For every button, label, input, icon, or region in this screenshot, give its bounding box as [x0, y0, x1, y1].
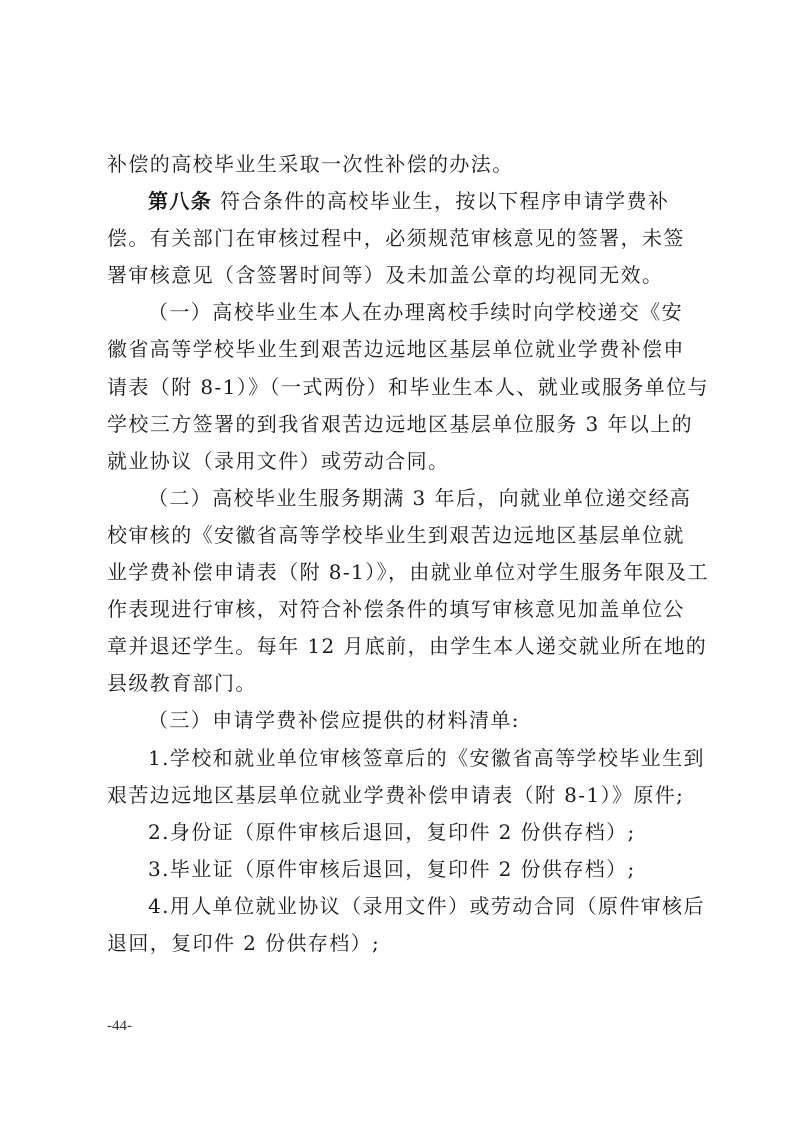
text-line: 请表（附 8-1）》（一式两份）和毕业生本人、就业或服务单位与	[107, 369, 692, 406]
section-2-line: （二）高校毕业生服务期满 3 年后，向就业单位递交经高	[107, 480, 692, 517]
section-3-line: （三）申请学费补偿应提供的材料清单:	[107, 702, 692, 739]
article-text: 符合条件的高校毕业生，按以下程序申请学费补	[212, 189, 669, 213]
text-line: 艰苦边远地区基层单位就业学费补偿申请表（附 8-1）》原件;	[107, 777, 692, 814]
text-line: 学校三方签署的到我省艰苦边远地区基层单位服务 3 年以上的	[107, 406, 692, 443]
text-line: 徽省高等学校毕业生到艰苦边远地区基层单位就业学费补偿申	[107, 331, 692, 368]
list-item-2: 2.身份证（原件审核后退回，复印件 2 份供存档）;	[107, 814, 692, 851]
text-line: 补偿的高校毕业生采取一次性补偿的办法。	[107, 146, 692, 183]
text-line: 章并退还学生。每年 12 月底前，由学生本人递交就业所在地的	[107, 628, 692, 665]
text-line: 署审核意见（含签署时间等）及未加盖公章的均视同无效。	[107, 257, 692, 294]
article-8-line: 第八条 符合条件的高校毕业生，按以下程序申请学费补	[107, 183, 692, 220]
text-line: 县级教育部门。	[107, 665, 692, 702]
page-number: -44-	[107, 1018, 132, 1035]
document-page: 补偿的高校毕业生采取一次性补偿的办法。 第八条 符合条件的高校毕业生，按以下程序…	[0, 0, 793, 1122]
text-line: 退回，复印件 2 份供存档）;	[107, 925, 692, 962]
text-line: 作表现进行审核，对符合补偿条件的填写审核意见加盖单位公	[107, 591, 692, 628]
body-text: 补偿的高校毕业生采取一次性补偿的办法。 第八条 符合条件的高校毕业生，按以下程序…	[107, 146, 692, 962]
article-heading: 第八条	[148, 189, 212, 213]
text-line: 就业协议（录用文件）或劳动合同。	[107, 443, 692, 480]
text-line: 偿。有关部门在审核过程中，必须规范审核意见的签署，未签	[107, 220, 692, 257]
list-item-1: 1.学校和就业单位审核签章后的《安徽省高等学校毕业生到	[107, 740, 692, 777]
text-line: 校审核的《安徽省高等学校毕业生到艰苦边远地区基层单位就	[107, 517, 692, 554]
section-1-line: （一）高校毕业生本人在办理离校手续时向学校递交《安	[107, 294, 692, 331]
text-line: 业学费补偿申请表（附 8-1）》，由就业单位对学生服务年限及工	[107, 554, 692, 591]
list-item-4: 4.用人单位就业协议（录用文件）或劳动合同（原件审核后	[107, 888, 692, 925]
list-item-3: 3.毕业证（原件审核后退回，复印件 2 份供存档）;	[107, 851, 692, 888]
